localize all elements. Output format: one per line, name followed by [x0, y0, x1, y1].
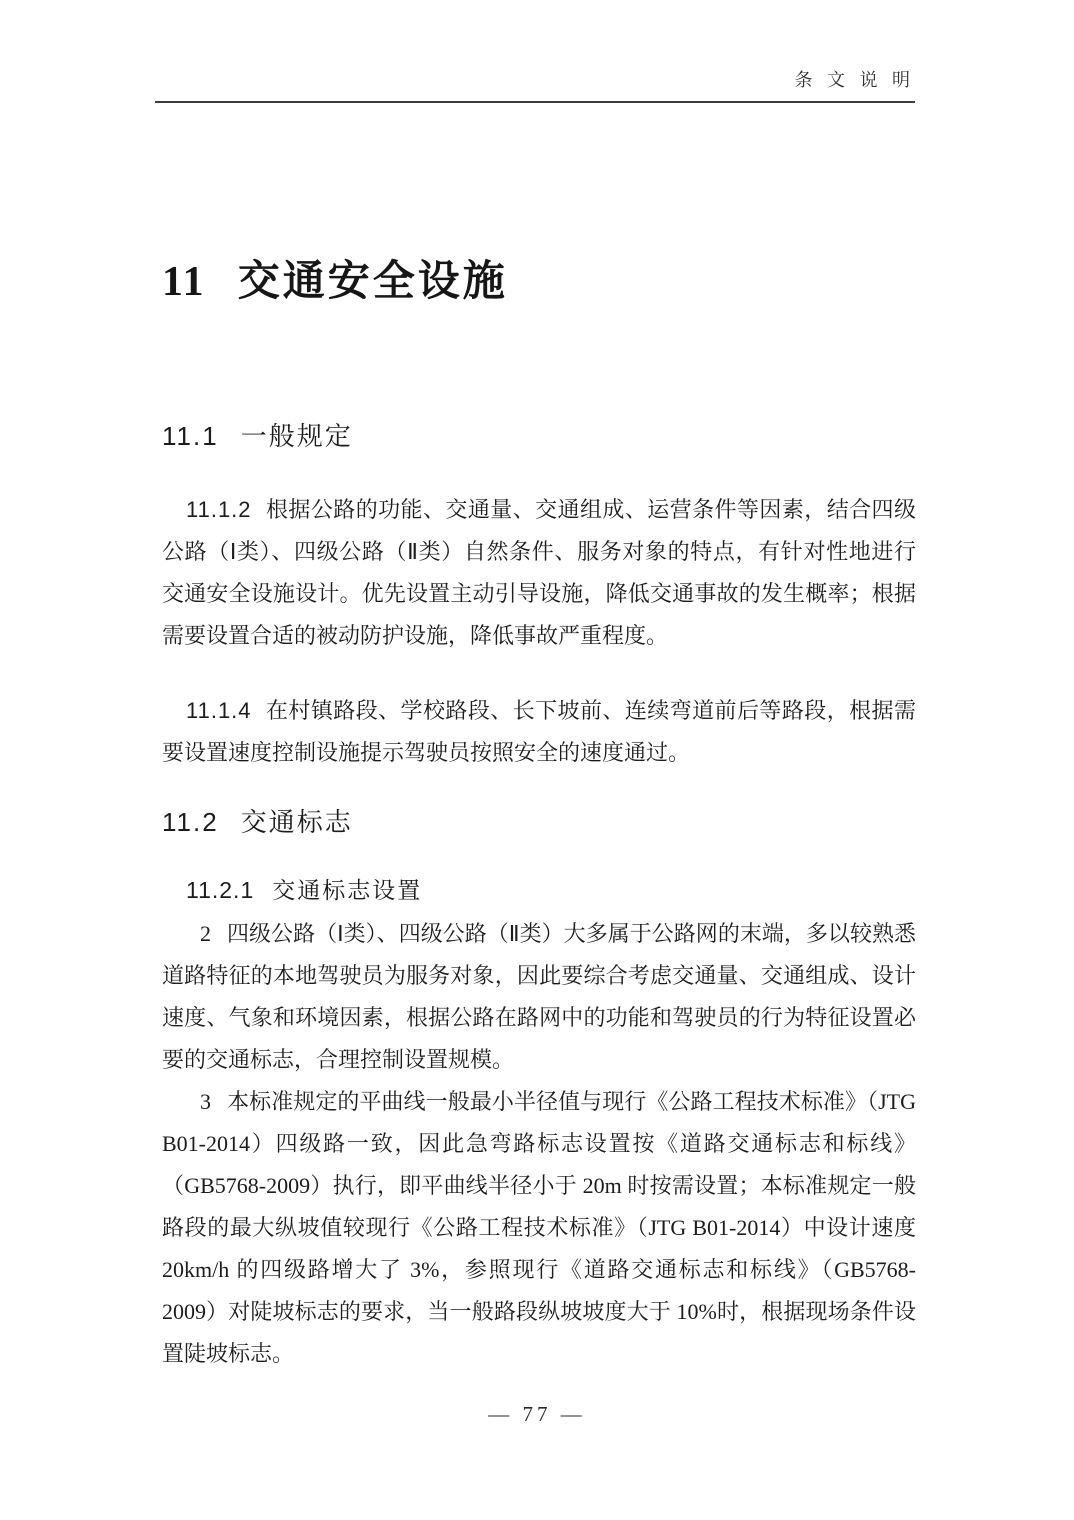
section-name: 一般规定: [241, 422, 353, 451]
chapter-title: 11交通安全设施: [162, 248, 508, 308]
item-text: 本标准规定的平曲线一般最小半径值与现行《公路工程技术标准》（JTG B01-20…: [162, 1089, 916, 1366]
subsection-heading-11-2-1: 11.2.1交通标志设置: [162, 874, 422, 907]
clause-paragraph: 11.1.2根据公路的功能、交通量、交通组成、运营条件等因素，结合四级公路（Ⅰ类…: [162, 489, 916, 657]
header-label: 条 文 说 明: [795, 70, 916, 90]
chapter-name: 交通安全设施: [238, 259, 508, 305]
section-heading-11-2: 11.2交通标志: [162, 806, 353, 839]
page-header: 条 文 说 明: [155, 66, 915, 103]
section-heading-11-1: 11.1一般规定: [162, 420, 353, 453]
item-number: 3: [200, 1089, 211, 1114]
page-number: — 77 —: [488, 1402, 586, 1426]
section-name: 交通标志: [241, 808, 353, 837]
subsection-name: 交通标志设置: [272, 878, 422, 903]
chapter-number: 11: [162, 259, 206, 305]
clause-text: 根据公路的功能、交通量、交通组成、运营条件等因素，结合四级公路（Ⅰ类）、四级公路…: [162, 497, 916, 648]
page-footer: — 77 —: [0, 1402, 1074, 1427]
item-text: 四级公路（Ⅰ类）、四级公路（Ⅱ类）大多属于公路网的末端，多以较熟悉道路特征的本地…: [162, 921, 916, 1072]
subsection-number: 11.2.1: [186, 877, 254, 903]
item-3: 3本标准规定的平曲线一般最小半径值与现行《公路工程技术标准》（JTG B01-2…: [162, 1081, 916, 1375]
document-page: 条 文 说 明 11交通安全设施 11.1一般规定 11.1.2根据公路的功能、…: [0, 0, 1074, 1520]
clause-number: 11.1.4: [186, 698, 252, 723]
item-2: 2四级公路（Ⅰ类）、四级公路（Ⅱ类）大多属于公路网的末端，多以较熟悉道路特征的本…: [162, 913, 916, 1081]
clause-11-1-4: 11.1.4在村镇路段、学校路段、长下坡前、连续弯道前后等路段，根据需要设置速度…: [162, 690, 916, 774]
item-number: 2: [200, 921, 211, 946]
clause-number: 11.1.2: [186, 497, 252, 522]
numbered-items: 2四级公路（Ⅰ类）、四级公路（Ⅱ类）大多属于公路网的末端，多以较熟悉道路特征的本…: [162, 913, 916, 1375]
clause-11-1-2: 11.1.2根据公路的功能、交通量、交通组成、运营条件等因素，结合四级公路（Ⅰ类…: [162, 489, 916, 657]
clause-text: 在村镇路段、学校路段、长下坡前、连续弯道前后等路段，根据需要设置速度控制设施提示…: [162, 698, 916, 765]
section-number: 11.2: [162, 807, 219, 837]
clause-paragraph: 11.1.4在村镇路段、学校路段、长下坡前、连续弯道前后等路段，根据需要设置速度…: [162, 690, 916, 774]
section-number: 11.1: [162, 421, 219, 451]
